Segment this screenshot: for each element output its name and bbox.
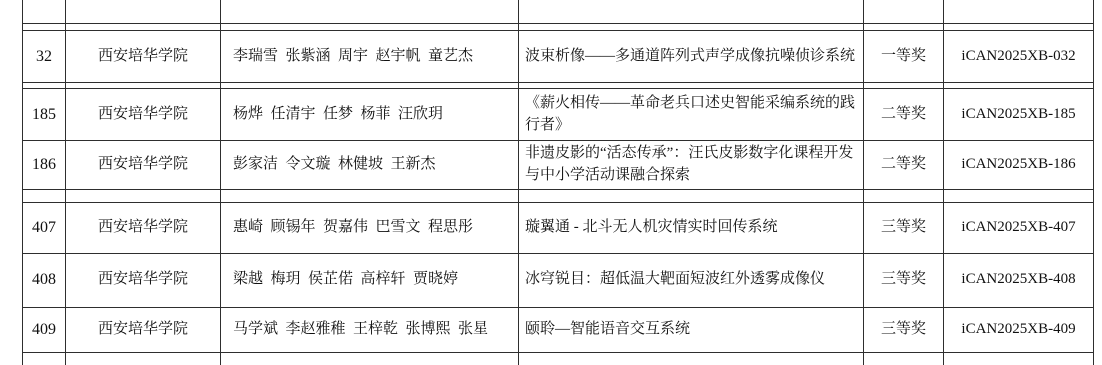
cell-award: 二等奖 [864, 89, 944, 140]
award-group-first-prize: 32 西安培华学院 李瑞雪 张紫涵 周宇 赵宇帆 童艺杰 波束析像——多通道阵列… [23, 30, 1094, 83]
cell-members: 李瑞雪 张紫涵 周宇 赵宇帆 童艺杰 [221, 31, 519, 82]
table-row: 185 西安培华学院 杨烨 任清宇 任梦 杨菲 汪欣玥 《薪火相传——革命老兵口… [23, 89, 1094, 141]
cell-empty [221, 353, 519, 365]
cell-empty [519, 190, 864, 202]
cell-empty [864, 83, 944, 88]
cell-empty [944, 0, 1094, 23]
cell-code: iCAN2025XB-186 [944, 141, 1094, 189]
cell-empty [864, 24, 944, 30]
cell-members: 惠崎 顾锡年 贺嘉伟 巴雪文 程思彤 [221, 203, 519, 253]
cell-empty [519, 83, 864, 88]
cell-code: iCAN2025XB-032 [944, 31, 1094, 82]
cell-school: 西安培华学院 [66, 141, 221, 189]
cell-empty [944, 24, 1094, 30]
cell-empty [221, 190, 519, 202]
award-group-third-prize: 407 西安培华学院 惠崎 顾锡年 贺嘉伟 巴雪文 程思彤 璇翼通 - 北斗无人… [23, 202, 1094, 353]
cell-empty [519, 24, 864, 30]
cell-serial: 409 [23, 308, 66, 352]
cell-empty [519, 353, 864, 365]
cell-award: 三等奖 [864, 308, 944, 352]
awards-table: 32 西安培华学院 李瑞雪 张紫涵 周宇 赵宇帆 童艺杰 波束析像——多通道阵列… [22, 0, 1094, 364]
cropped-row-bottom [23, 353, 1094, 365]
cell-school: 西安培华学院 [66, 203, 221, 253]
cell-project-title: 《薪火相传——革命老兵口述史智能采编系统的践行者》 [519, 89, 864, 140]
cell-project-title: 非遗皮影的“活态传承”：汪氏皮影数字化课程开发与中小学活动课融合探索 [519, 141, 864, 189]
cell-code: iCAN2025XB-407 [944, 203, 1094, 253]
cell-empty [23, 353, 66, 365]
cell-empty [66, 24, 221, 30]
cell-code: iCAN2025XB-185 [944, 89, 1094, 140]
cell-project-title: 颐聆—智能语音交互系统 [519, 308, 864, 352]
cropped-row-top [23, 0, 1094, 24]
cell-award: 三等奖 [864, 203, 944, 253]
table-row: 186 西安培华学院 彭家洁 令文璇 林健坡 王新杰 非遗皮影的“活态传承”：汪… [23, 141, 1094, 189]
cell-empty [519, 0, 864, 23]
group-spacer [23, 83, 1094, 88]
cell-code: iCAN2025XB-409 [944, 308, 1094, 352]
cell-award: 一等奖 [864, 31, 944, 82]
cell-empty [944, 353, 1094, 365]
cell-empty [944, 83, 1094, 88]
table-row: 409 西安培华学院 马学斌 李赵雅稚 王梓乾 张博熙 张星 颐聆—智能语音交互… [23, 308, 1094, 352]
cell-empty [66, 0, 221, 23]
cell-award: 三等奖 [864, 254, 944, 307]
table-row: 408 西安培华学院 梁越 梅玥 侯芷偌 高梓轩 贾晓婷 冰穹锐目：超低温大靶面… [23, 254, 1094, 308]
cell-members: 杨烨 任清宇 任梦 杨菲 汪欣玥 [221, 89, 519, 140]
cell-award: 二等奖 [864, 141, 944, 189]
cell-empty [23, 190, 66, 202]
cell-project-title: 璇翼通 - 北斗无人机灾情实时回传系统 [519, 203, 864, 253]
cell-serial: 185 [23, 89, 66, 140]
cell-empty [66, 83, 221, 88]
cell-school: 西安培华学院 [66, 308, 221, 352]
cell-empty [23, 0, 66, 23]
cell-school: 西安培华学院 [66, 31, 221, 82]
cell-empty [864, 0, 944, 23]
cell-empty [221, 0, 519, 23]
cell-empty [944, 190, 1094, 202]
cell-serial: 407 [23, 203, 66, 253]
cell-empty [66, 353, 221, 365]
cell-serial: 408 [23, 254, 66, 307]
award-group-second-prize: 185 西安培华学院 杨烨 任清宇 任梦 杨菲 汪欣玥 《薪火相传——革命老兵口… [23, 88, 1094, 190]
cell-empty [221, 83, 519, 88]
cell-school: 西安培华学院 [66, 89, 221, 140]
group-spacer [23, 190, 1094, 202]
cell-members: 梁越 梅玥 侯芷偌 高梓轩 贾晓婷 [221, 254, 519, 307]
cell-empty [221, 24, 519, 30]
cell-serial: 32 [23, 31, 66, 82]
cell-empty [23, 83, 66, 88]
cell-school: 西安培华学院 [66, 254, 221, 307]
cell-empty [864, 190, 944, 202]
cell-code: iCAN2025XB-408 [944, 254, 1094, 307]
group-spacer [23, 24, 1094, 30]
cell-empty [66, 190, 221, 202]
cell-members: 彭家洁 令文璇 林健坡 王新杰 [221, 141, 519, 189]
cell-members: 马学斌 李赵雅稚 王梓乾 张博熙 张星 [221, 308, 519, 352]
cell-serial: 186 [23, 141, 66, 189]
table-row: 32 西安培华学院 李瑞雪 张紫涵 周宇 赵宇帆 童艺杰 波束析像——多通道阵列… [23, 31, 1094, 82]
cell-empty [864, 353, 944, 365]
cell-empty [23, 24, 66, 30]
table-row: 407 西安培华学院 惠崎 顾锡年 贺嘉伟 巴雪文 程思彤 璇翼通 - 北斗无人… [23, 203, 1094, 254]
cell-project-title: 冰穹锐目：超低温大靶面短波红外透雾成像仪 [519, 254, 864, 307]
cell-project-title: 波束析像——多通道阵列式声学成像抗噪侦诊系统 [519, 31, 864, 82]
